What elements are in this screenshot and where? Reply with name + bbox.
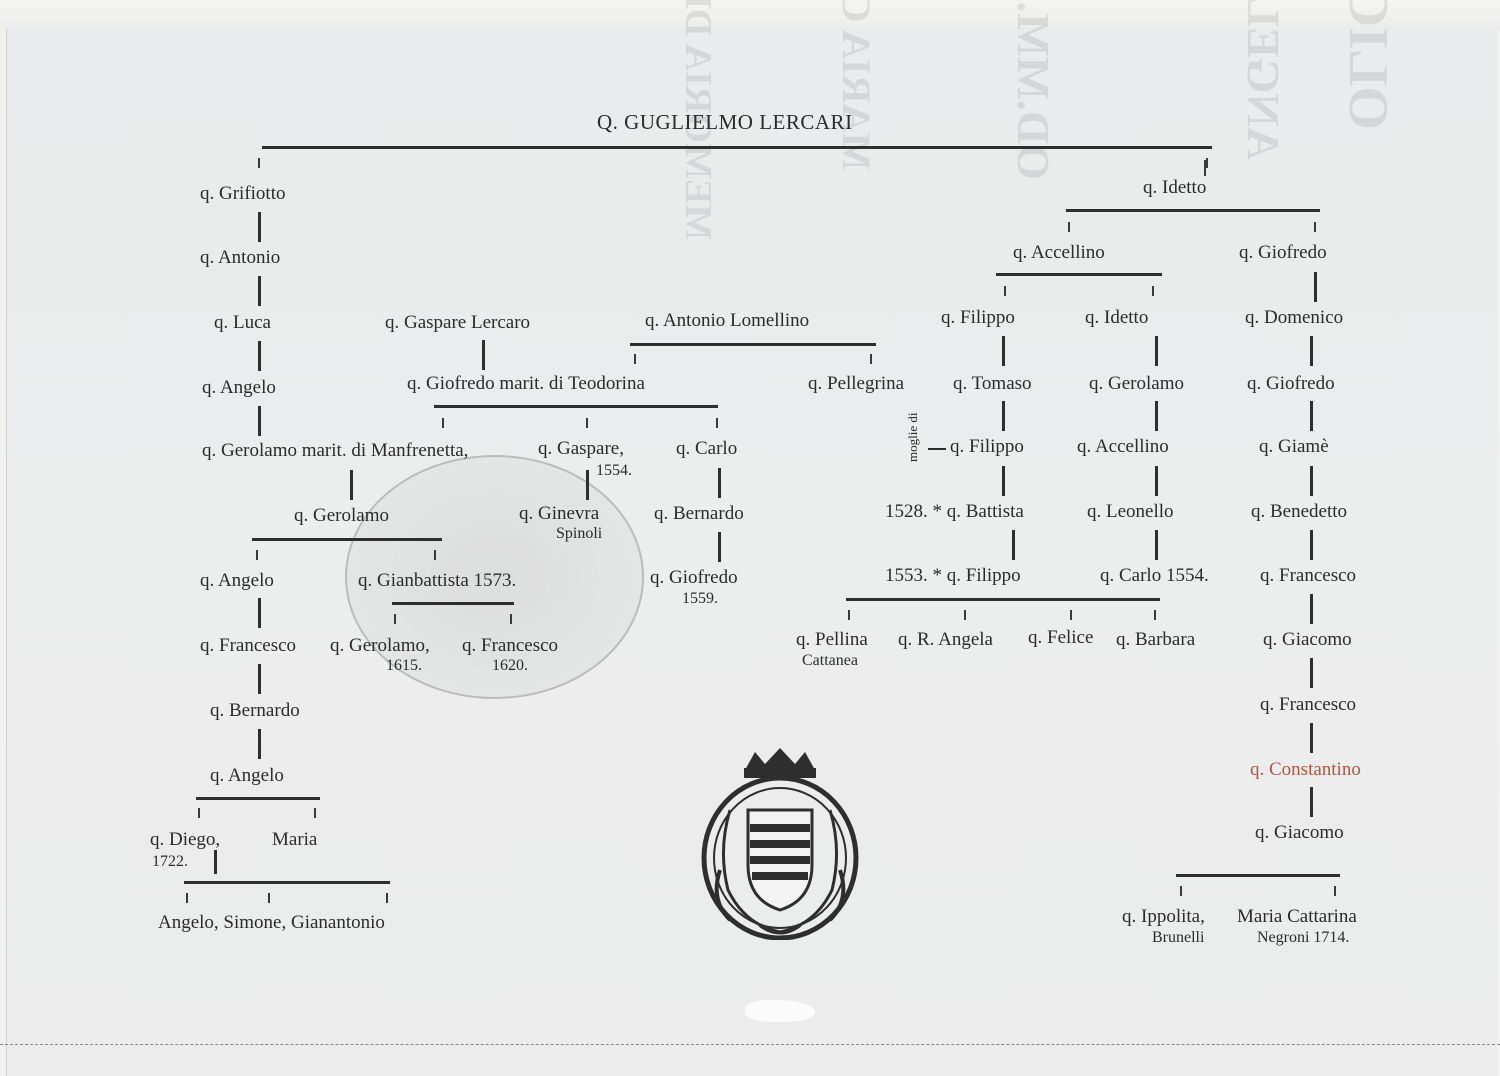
person-maria: Maria [272,830,317,849]
connector-line [258,598,261,628]
person-filippo: q. Filippo [941,308,1015,327]
connector-line [258,729,261,759]
person-gerolamo-right: q. Gerolamo [1089,374,1184,393]
person-filippo-1553: 1553. * q. Filippo [885,566,1021,585]
person-giacomo: q. Giacomo [1263,630,1352,649]
person-bernardo: q. Bernardo [210,701,300,720]
person-leonello: q. Leonello [1087,502,1174,521]
label-moglie-di: moglie di [906,413,919,462]
connector-tick [870,354,872,364]
connector-line [258,664,261,694]
person-tomaso: q. Tomaso [953,374,1032,393]
connector-tick [716,418,718,428]
connector-tick [510,614,512,624]
person-angelo: q. Angelo [202,378,276,397]
connector-tick [386,893,388,903]
connector-line [996,273,1162,276]
person-carlo: q. Carlo [676,439,737,458]
connector-line [1155,336,1158,366]
connector-line [718,468,721,498]
connector-line [846,598,1160,601]
fold-line [0,1044,1500,1045]
person-benedetto: q. Benedetto [1251,502,1347,521]
person-giofredo-3: q. Giofredo [1247,374,1335,393]
connector-line [392,602,514,605]
connector-line [1155,401,1158,431]
connector-line [1002,466,1005,496]
connector-line [1310,787,1313,817]
connector-tick [1334,886,1336,896]
connector-tick [198,808,200,818]
connector-line [482,340,485,370]
person-bernardo-2: q. Bernardo [654,504,744,523]
person-accellino-2: q. Accellino [1077,437,1169,456]
surname-spinoli: Spinoli [556,526,602,542]
year-1620: 1620. [492,658,528,674]
connector-tick [586,418,588,428]
connector-line [1155,530,1158,560]
person-francesco-right: q. Francesco [1260,566,1356,585]
person-grifiotto: q. Grifiotto [200,184,286,203]
person-giofredo-right: q. Giofredo [1239,243,1327,262]
person-gaspare: q. Gaspare, [538,439,624,458]
person-gaspare-lercaro: q. Gaspare Lercaro [385,313,530,332]
year-1559: 1559. [682,591,718,607]
connector-line [1310,466,1313,496]
connector-line [1002,401,1005,431]
connector-line [252,538,442,541]
person-giame: q. Giamè [1259,437,1329,456]
connector-line [258,276,261,306]
person-francesco-1620: q. Francesco [462,636,558,655]
person-giofredo-teodorina: q. Giofredo marit. di Teodorina [407,374,645,393]
person-r-angela: q. R. Angela [898,630,993,649]
connector-tick [1154,610,1156,620]
person-domenico: q. Domenico [1245,308,1343,327]
person-idetto: q. Idetto [1143,178,1206,197]
person-idetto-2: q. Idetto [1085,308,1148,327]
connector-tick [256,550,258,560]
year-1554: 1554. [596,463,632,479]
connector-line [258,341,261,371]
connector-line [1310,658,1313,688]
connector-tick [964,610,966,620]
person-filippo-2: q. Filippo [950,437,1024,456]
year-1722: 1722. [152,854,188,870]
connector-tick [394,614,396,624]
person-antonio-lomellino: q. Antonio Lomellino [645,311,809,330]
connector-line [1314,272,1317,302]
person-battista: 1528. * q. Battista [885,502,1024,521]
page-title: Q. GUGLIELMO LERCARI [597,112,853,133]
person-angelo-2: q. Angelo [200,571,274,590]
connector-tick [258,158,260,168]
connector-line [1176,874,1340,877]
connector-tick [634,354,636,364]
person-accellino: q. Accellino [1013,243,1105,262]
person-gerolamo: q. Gerolamo marit. di Manfrenetta, [202,441,468,460]
connector-line [350,470,353,500]
connector-tick [1152,286,1154,296]
connector-tick [1180,886,1182,896]
person-gerolamo-1615: q. Gerolamo, [330,636,430,655]
connector-line [258,212,261,242]
person-felice: q. Felice [1028,628,1093,647]
connector-line [1310,594,1313,624]
connector-line [1002,336,1005,366]
connector-line [258,406,261,436]
person-francesco: q. Francesco [200,636,296,655]
connector-line [214,850,217,874]
connector-tick [1070,610,1072,620]
person-diego: q. Diego, [150,830,220,849]
connector-line [184,881,390,884]
connector-line [586,470,589,500]
connector-line [1310,723,1313,753]
connector-line [1310,336,1313,366]
person-ippolita: q. Ippolita, [1122,907,1205,926]
person-carlo-1554: q. Carlo 1554. [1100,566,1209,585]
connector-line [1066,209,1320,212]
connector-line [262,146,1212,149]
connector-tick [186,893,188,903]
connector-line [1310,401,1313,431]
person-pellina: q. Pellina [796,630,868,649]
year-1615: 1615. [386,658,422,674]
connector-line [196,797,320,800]
person-constantino-highlighted: q. Constantino [1250,760,1361,779]
surname-negroni: Negroni 1714. [1257,930,1349,946]
connector-tick [1204,160,1206,176]
person-giacomo-2: q. Giacomo [1255,823,1344,842]
person-gianbattista: q. Gianbattista 1573. [358,571,516,590]
person-francesco-right-2: q. Francesco [1260,695,1356,714]
person-maria-cattarina: Maria Cattarina [1237,907,1357,926]
connector-tick [434,550,436,560]
paper-tear [745,1000,815,1022]
descendants-final: Angelo, Simone, Gianantonio [158,913,385,932]
person-ginevra: q. Ginevra [519,504,599,523]
connector-tick [1206,158,1208,168]
connector-line [1012,530,1015,560]
person-gerolamo-son: q. Gerolamo [294,506,389,525]
surname-brunelli: Brunelli [1152,930,1204,946]
person-antonio: q. Antonio [200,248,280,267]
person-pellegrina: q. Pellegrina [808,374,904,393]
connector-tick [1314,222,1316,232]
connector-line [718,532,721,562]
connector-tick [268,893,270,903]
connector-tick [1004,286,1006,296]
connector-line [1310,530,1313,560]
person-barbara: q. Barbara [1116,630,1195,649]
connector-tick [442,418,444,428]
connector-line [630,343,876,346]
connector-tick [1068,222,1070,232]
person-luca: q. Luca [214,313,271,332]
paper-top-edge [0,0,1500,30]
connector-tick [314,808,316,818]
connector-line [1155,466,1158,496]
connector-tick [848,610,850,620]
connector-line [928,448,946,450]
connector-line [434,405,718,408]
person-giofredo-1559: q. Giofredo [650,568,738,587]
surname-cattanea: Cattanea [802,653,858,669]
coat-of-arms-icon [700,740,860,940]
person-angelo-3: q. Angelo [210,766,284,785]
